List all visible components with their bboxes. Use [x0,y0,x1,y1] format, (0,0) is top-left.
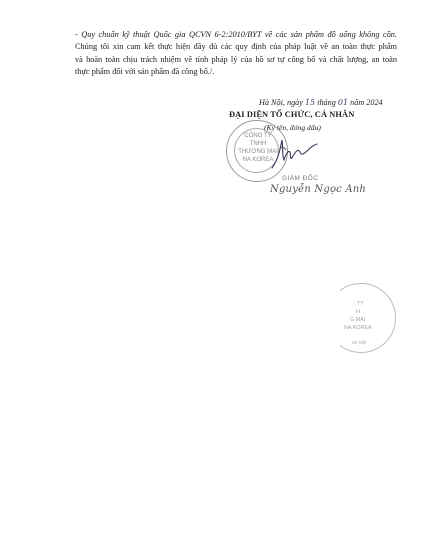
commitment-line-3: thực phẩm đối với sản phẩm đã công bố./. [75,66,397,78]
signer-name: Nguyễn Ngọc Anh [270,184,366,195]
handwritten-day: 15 [305,98,315,107]
commitment-line-1: Chúng tôi xin cam kết thực hiện đầy đủ c… [75,41,397,53]
representative-title: ĐẠI DIỆN TỔ CHỨC, CÁ NHÂN [229,110,354,119]
regulation-line: - Quy chuẩn kỹ thuật Quốc gia QCVN 6-2:2… [75,29,397,41]
handwritten-month: 01 [338,98,348,107]
document-page: - Quy chuẩn kỹ thuật Quốc gia QCVN 6-2:2… [0,0,435,537]
place-date: Hà Nội, ngày 15 tháng 01 năm 2024 [259,98,383,107]
handwritten-signature-icon [270,136,318,170]
partial-page-stamp: TY H G MẠI NA KOREA HÀ NỘI [340,283,396,353]
partial-stamp-ring [340,283,396,353]
commitment-paragraph: - Quy chuẩn kỹ thuật Quốc gia QCVN 6-2:2… [75,29,397,79]
signer-position: GIÁM ĐỐC [282,175,318,182]
commitment-line-2: và hoàn toàn chịu trách nhiệm về tính ph… [75,54,397,66]
